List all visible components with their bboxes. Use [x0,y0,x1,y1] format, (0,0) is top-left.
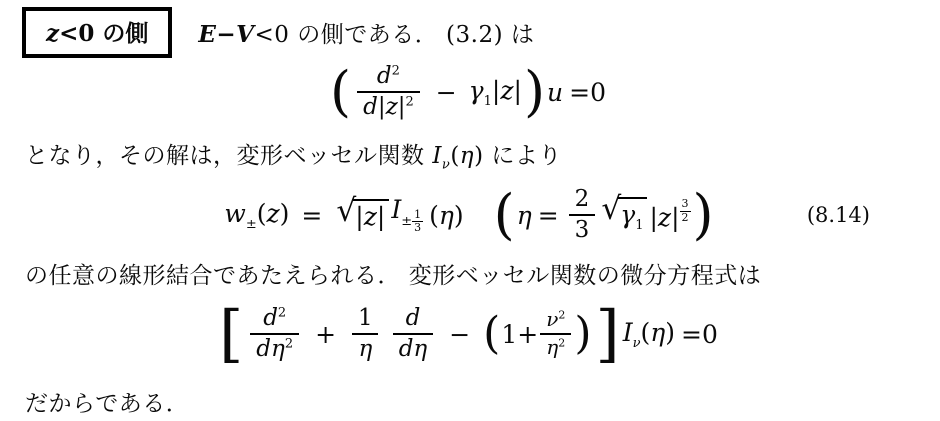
section-box-label: z<0 の側 [22,7,172,58]
abs-bar: | [355,202,363,231]
paren: ) [280,199,290,228]
var-eta: η [650,318,665,347]
equals-sign: = [301,201,322,230]
var-e-minus-v: E−V [198,21,254,48]
abs-bar: | [377,202,385,231]
var-z: z [266,199,279,228]
abs-bar: | [378,94,386,120]
intro-sentence: E−V<0 の側である． (3.2) は [198,16,534,49]
var-nu: ν [633,336,641,351]
abs-bar: | [671,203,679,232]
var-d-eta: dη [256,336,285,362]
bessel-I-pm-third: I±13 [391,195,423,235]
frac-numerator: d [400,305,427,333]
var-d: d [263,305,278,331]
exponent-three-halves: 32 [680,198,691,224]
equals-sign: = [538,201,559,230]
paren: ( [429,201,439,230]
solution-sentence: となり，その解は，変形ベッセル関数 Iν(η) により [25,137,562,173]
var-d: d [363,94,378,120]
fraction-one-over-eta: 1 η [352,305,379,363]
sqrt-abs-z: √ |z| [336,199,389,231]
var-w: w [224,199,245,228]
sup-2: 2 [392,63,400,78]
gamma1-abs-z: γ1|z| [469,76,522,109]
minus-operator: − [436,78,457,107]
fraction-d2-deta2: d2 dη2 [250,305,299,363]
fraction-nu2-eta2: ν2 η2 [540,308,571,359]
paren: ) [665,318,675,347]
var-eta: η [439,201,454,230]
textbook-page: { "document": { "title_box": { "z": "z",… [0,0,940,421]
sub-pm-one-third: ±13 [401,209,423,235]
radicand: |z| [352,199,389,231]
paren: ) [474,143,483,169]
mini-den: 3 [412,221,423,235]
pm-sign: ± [401,214,412,229]
frac-denominator: 3 [569,214,596,244]
w-pm-z: w±(z) [224,199,289,232]
var-gamma: γ [620,200,635,229]
mini-fraction-three-halves: 32 [680,198,691,224]
var-d-eta: dη [399,336,428,362]
var-eta: η [460,143,474,169]
frac-denominator: dη [393,333,434,363]
equals-zero: =0 [681,320,718,349]
intro-text: <0 の側である． (3.2) は [255,22,535,48]
sub-1: 1 [635,218,643,233]
var-z: z [500,76,513,105]
heading-row: z<0 の側 E−V<0 の側である． (3.2) は [22,7,534,58]
minus-operator: − [449,320,470,349]
var-I: I [391,195,401,224]
one-plus: 1+ [501,320,538,349]
equals-zero: =0 [569,78,606,107]
bessel-I-nu: Iν(η) [623,318,675,351]
equation-8-14: w±(z) = √ |z| I±13 (η) ( η = 2 3 √ γ1 |z… [0,180,940,250]
sup-2: 2 [558,309,565,322]
sentence-pre: となり，その解は，変形ベッセル関数 [25,143,432,169]
var-gamma: γ [469,76,484,105]
mini-num: 1 [414,209,421,222]
section-box-text: <0 の側 [59,20,148,47]
frac-numerator: d2 [371,63,406,91]
linear-combination-sentence: の任意の線形結合であたえられる． 変形ベッセル関数の微分方程式は [25,257,761,290]
fraction-d2-dz2: d2 d|z|2 [357,63,420,121]
plus-operator: + [315,320,336,349]
equation-1: ( d2 d|z|2 − γ1|z| ) u =0 [0,56,940,128]
closing-sentence: だからである． [25,385,189,418]
frac-denominator: dη2 [250,333,299,363]
radical-sign: √ [336,196,356,227]
sentence-text: の任意の線形結合であたえられる． 変形ベッセル関数の微分方程式は [25,263,761,289]
sentence-text: だからである． [25,391,189,417]
radical-sign: √ [601,194,621,225]
equation-bessel-ode: [ d2 dη2 + 1 η d dη − ( 1+ ν2 η2 ) ] Iν(… [0,294,940,374]
mini-den: 2 [680,211,691,225]
mini-fraction-one-third: 13 [412,209,423,235]
sup-2: 2 [285,336,293,351]
sup-2: 2 [405,94,413,109]
var-z: z [46,20,59,47]
frac-denominator: d|z|2 [357,91,420,121]
var-u: u [547,78,563,107]
sub-1: 1 [484,94,492,109]
equation-number: (8.14) [807,203,870,227]
frac-numerator: 2 [569,186,596,214]
frac-numerator: d2 [257,305,292,333]
sup-2: 2 [558,336,565,349]
abs-bar: | [514,76,522,105]
var-eta: η [358,336,372,362]
var-nu: ν [546,307,558,331]
sentence-post: により [484,143,562,169]
sub-nu: ν [633,336,641,351]
var-eta: η [546,335,558,359]
var-eta: η [517,201,532,230]
frac-numerator: ν2 [540,308,571,333]
var-d: d [377,63,392,89]
arg-eta: (η) [429,201,464,230]
frac-denominator: η2 [540,333,571,360]
fraction-two-thirds: 2 3 [569,186,596,244]
mini-num: 3 [682,198,689,211]
radicand: γ1 [617,197,647,233]
fraction-d-deta: d dη [393,305,434,363]
var-I: I [432,143,442,169]
paren: ) [454,201,464,230]
paren: ( [450,143,459,169]
frac-numerator: 1 [352,305,379,333]
abs-bar: | [649,203,657,232]
var-d: d [406,305,421,331]
var-I: I [623,318,633,347]
sqrt-gamma1: √ γ1 [601,197,647,233]
var-z: z [364,202,377,231]
var-z: z [658,203,671,232]
sub-pm: ± [246,217,257,232]
abs-z-pow: |z|32 [649,198,690,232]
sup-2: 2 [278,305,286,320]
frac-denominator: η [352,333,378,363]
var-z: z [386,94,398,120]
paren: ( [641,318,651,347]
